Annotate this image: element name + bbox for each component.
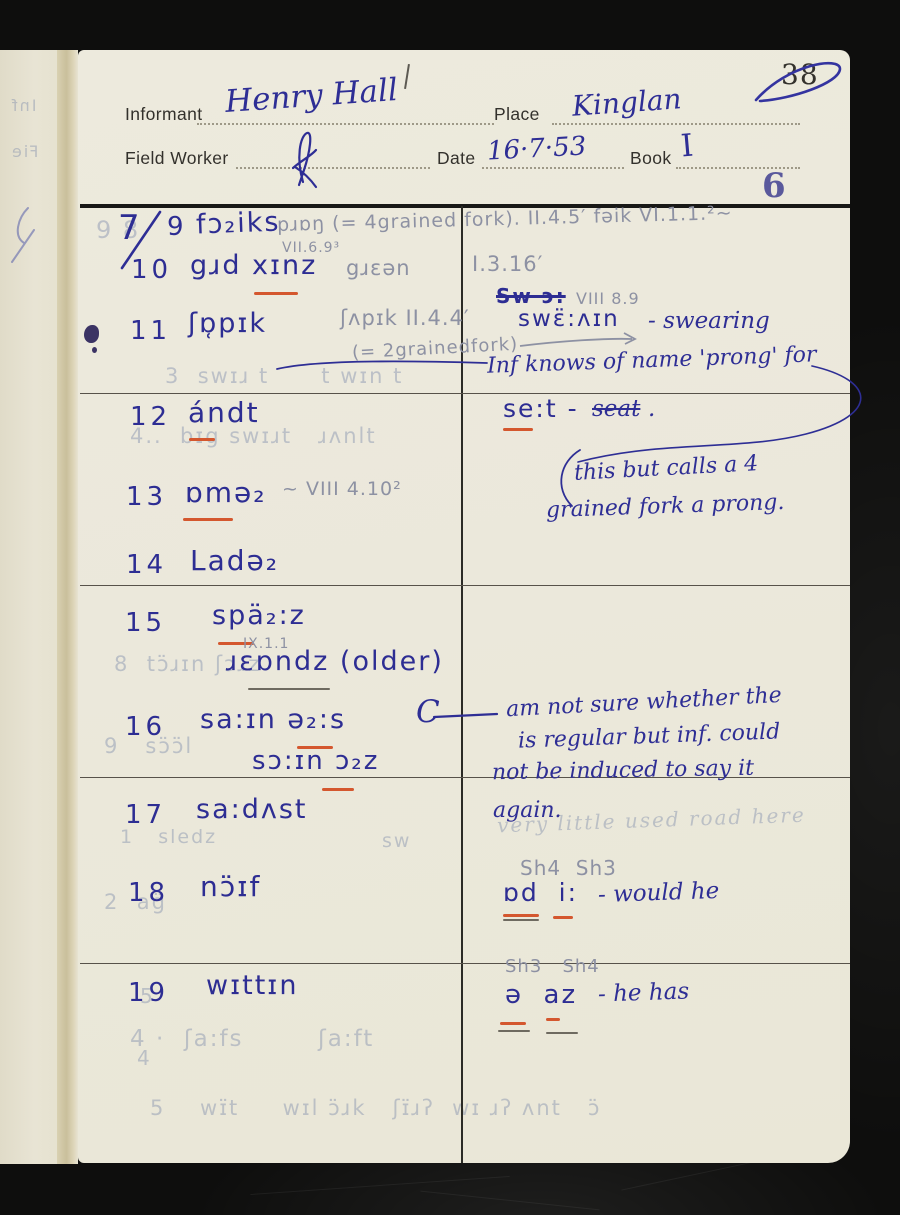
bracket-stroke (561, 450, 580, 506)
edge-strip-ink-curl (12, 208, 34, 262)
ink-strokes-layer (0, 0, 900, 1215)
annotation-connector-line (277, 361, 487, 369)
field-worker-initials-scribble (293, 133, 316, 187)
annotation-curve-stroke (578, 366, 861, 462)
entry-seven-slash-stroke (122, 212, 160, 268)
pencil-underline-arrow (520, 333, 635, 346)
dash-connector-line (434, 714, 497, 717)
scanned-notebook-page: Informant Place Field Worker Date Book H… (0, 0, 900, 1215)
page-number-cross-out-swash (756, 63, 840, 101)
